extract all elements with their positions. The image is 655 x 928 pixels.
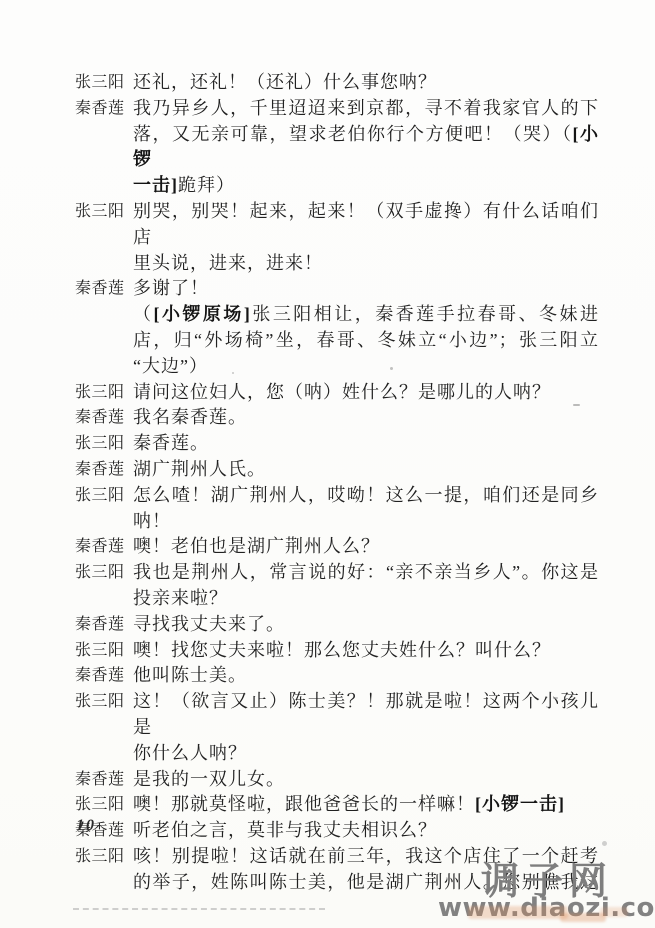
scan-speck bbox=[390, 367, 393, 370]
dialogue-text: 别哭，别哭！起来，起来！（双手虚搀）有什么话咱们店 bbox=[133, 201, 599, 247]
dialogue-lines: 我也是荆州人，常言说的好：“亲不亲当乡人”。你这是投亲来啦？ bbox=[133, 560, 599, 612]
dialogue-line: 是我的一双儿女。 bbox=[133, 767, 599, 793]
dialogue-line: 呐！ bbox=[133, 509, 599, 535]
script-body: 张三阳还礼，还礼！（还礼）什么事您呐？秦香莲我乃异乡人，千里迢迢来到京都，寻不着… bbox=[75, 70, 599, 896]
dialogue-line: 听老伯之言，莫非与我丈夫相识么？ bbox=[133, 818, 599, 844]
dialogue-text: 我乃异乡人，千里迢迢来到京都，寻不着我家官人的下 bbox=[133, 98, 599, 118]
page-number: 10 bbox=[76, 817, 96, 835]
dialogue-line: 你什么人呐？ bbox=[133, 741, 599, 767]
speaker-name: 秦香莲 bbox=[75, 457, 133, 483]
speaker-name: 张三阳 bbox=[75, 638, 133, 664]
percussion-notation: [小锣一击] bbox=[475, 794, 565, 814]
speaker-name: 张三阳 bbox=[75, 844, 133, 870]
dialogue-line: 这！（欲言又止）陈士美？！那就是啦！这两个小孩儿是 bbox=[133, 689, 599, 741]
dialogue-lines: 秦香莲。 bbox=[133, 431, 599, 457]
dialogue-text: 落，又无亲可靠，望求老伯你行个方便吧！（哭）（ bbox=[133, 124, 573, 144]
scanned-script-page: 张三阳还礼，还礼！（还礼）什么事您呐？秦香莲我乃异乡人，千里迢迢来到京都，寻不着… bbox=[0, 0, 655, 928]
dialogue-line: 请问这位妇人，您（呐）姓什么？是哪儿的人呐？ bbox=[133, 380, 599, 406]
dialogue-text: 噢！老伯也是湖广荆州人么？ bbox=[133, 536, 380, 556]
script-entry: 张三阳还礼，还礼！（还礼）什么事您呐？ bbox=[75, 70, 599, 96]
dialogue-line: 我也是荆州人，常言说的好：“亲不亲当乡人”。你这是 bbox=[133, 560, 599, 586]
script-entry: 张三阳这！（欲言又止）陈士美？！那就是啦！这两个小孩儿是你什么人呐？ bbox=[75, 689, 599, 766]
dialogue-lines: 请问这位妇人，您（呐）姓什么？是哪儿的人呐？ bbox=[133, 380, 599, 406]
dialogue-text: 怎么喳！湖广荆州人，哎呦！这么一提，咱们还是同乡 bbox=[133, 485, 599, 505]
dialogue-text: 投亲来啦？ bbox=[133, 588, 228, 608]
script-entry: 张三阳秦香莲。 bbox=[75, 431, 599, 457]
dialogue-text: 噢！找您丈夫来啦！那么您丈夫姓什么？叫什么？ bbox=[133, 640, 551, 660]
dialogue-lines: 我乃异乡人，千里迢迢来到京都，寻不着我家官人的下落，又无亲可靠，望求老伯你行个方… bbox=[133, 96, 599, 199]
dialogue-line: 还礼，还礼！（还礼）什么事您呐？ bbox=[133, 70, 599, 96]
dialogue-lines: 别哭，别哭！起来，起来！（双手虚搀）有什么话咱们店里头说，进来，进来！ bbox=[133, 199, 599, 276]
dialogue-text: 这！（欲言又止）陈士美？！那就是啦！这两个小孩儿是 bbox=[133, 691, 599, 737]
dialogue-lines: 这！（欲言又止）陈士美？！那就是啦！这两个小孩儿是你什么人呐？ bbox=[133, 689, 599, 766]
speaker-name: 秦香莲 bbox=[75, 767, 133, 793]
dialogue-line: 落，又无亲可靠，望求老伯你行个方便吧！（哭）（[小锣 bbox=[133, 122, 599, 174]
speaker-name: 张三阳 bbox=[75, 70, 133, 96]
dialogue-lines: 还礼，还礼！（还礼）什么事您呐？ bbox=[133, 70, 599, 96]
dialogue-lines: 他叫陈士美。 bbox=[133, 663, 599, 689]
script-entry: 秦香莲听老伯之言，莫非与我丈夫相识么？ bbox=[75, 818, 599, 844]
dialogue-lines: 噢！那就莫怪啦，跟他爸爸长的一样嘛！[小锣一击] bbox=[133, 792, 599, 818]
speaker-name: 秦香莲 bbox=[75, 276, 133, 302]
dialogue-lines: 多谢了！（[小锣原场]张三阳相让，秦香莲手拉春哥、冬妹进店，归“外场椅”坐，春哥… bbox=[133, 276, 599, 379]
dialogue-text: 店，归“外场椅”坐，春哥、冬妹立“小边”；张三阳立 bbox=[133, 330, 599, 350]
script-entry: 秦香莲湖广荆州人氏。 bbox=[75, 457, 599, 483]
script-entry: 秦香莲寻找我丈夫来了。 bbox=[75, 612, 599, 638]
speaker-name: 秦香莲 bbox=[75, 96, 133, 122]
script-entry: 秦香莲我乃异乡人，千里迢迢来到京都，寻不着我家官人的下落，又无亲可靠，望求老伯你… bbox=[75, 96, 599, 199]
script-entry: 张三阳怎么喳！湖广荆州人，哎呦！这么一提，咱们还是同乡呐！ bbox=[75, 483, 599, 535]
dialogue-text: 呐！ bbox=[133, 511, 171, 531]
dialogue-line: 怎么喳！湖广荆州人，哎呦！这么一提，咱们还是同乡 bbox=[133, 483, 599, 509]
dialogue-line: 湖广荆州人氏。 bbox=[133, 457, 599, 483]
dialogue-lines: 噢！老伯也是湖广荆州人么？ bbox=[133, 534, 599, 560]
scan-speck bbox=[573, 404, 580, 406]
scan-artifact-dashed-line bbox=[73, 908, 325, 910]
dialogue-text: 张三阳相让，秦香莲手拉春哥、冬妹进 bbox=[251, 304, 599, 324]
speaker-name: 张三阳 bbox=[75, 792, 133, 818]
scan-speck bbox=[232, 372, 234, 374]
dialogue-line: 里头说，进来，进来！ bbox=[133, 251, 599, 277]
dialogue-text: 你什么人呐？ bbox=[133, 743, 247, 763]
speaker-name: 张三阳 bbox=[75, 689, 133, 715]
dialogue-text: （ bbox=[133, 304, 153, 324]
dialogue-line: “大边”） bbox=[133, 354, 599, 380]
dialogue-lines: 湖广荆州人氏。 bbox=[133, 457, 599, 483]
script-entry: 秦香莲噢！老伯也是湖广荆州人么？ bbox=[75, 534, 599, 560]
scan-speck bbox=[602, 841, 607, 846]
script-entry: 秦香莲多谢了！（[小锣原场]张三阳相让，秦香莲手拉春哥、冬妹进店，归“外场椅”坐… bbox=[75, 276, 599, 379]
watermark-orange-smudge bbox=[600, 907, 628, 917]
dialogue-text: 请问这位妇人，您（呐）姓什么？是哪儿的人呐？ bbox=[133, 382, 551, 402]
script-entry: 张三阳别哭，别哭！起来，起来！（双手虚搀）有什么话咱们店里头说，进来，进来！ bbox=[75, 199, 599, 276]
speaker-name: 秦香莲 bbox=[75, 612, 133, 638]
dialogue-lines: 听老伯之言，莫非与我丈夫相识么？ bbox=[133, 818, 599, 844]
dialogue-line: 一击]跪拜） bbox=[133, 173, 599, 199]
dialogue-lines: 怎么喳！湖广荆州人，哎呦！这么一提，咱们还是同乡呐！ bbox=[133, 483, 599, 535]
script-entry: 秦香莲是我的一双儿女。 bbox=[75, 767, 599, 793]
speaker-name: 秦香莲 bbox=[75, 663, 133, 689]
speaker-name: 张三阳 bbox=[75, 431, 133, 457]
script-entry: 张三阳噢！那就莫怪啦，跟他爸爸长的一样嘛！[小锣一击] bbox=[75, 792, 599, 818]
dialogue-line: 别哭，别哭！起来，起来！（双手虚搀）有什么话咱们店 bbox=[133, 199, 599, 251]
speaker-name: 秦香莲 bbox=[75, 405, 133, 431]
dialogue-text: 跪拜） bbox=[178, 175, 235, 195]
speaker-name: 张三阳 bbox=[75, 560, 133, 586]
dialogue-line: 噢！那就莫怪啦，跟他爸爸长的一样嘛！[小锣一击] bbox=[133, 792, 599, 818]
script-entry: 张三阳请问这位妇人，您（呐）姓什么？是哪儿的人呐？ bbox=[75, 380, 599, 406]
speaker-name: 秦香莲 bbox=[75, 534, 133, 560]
dialogue-text: 湖广荆州人氏。 bbox=[133, 459, 266, 479]
dialogue-text: 多谢了！ bbox=[133, 278, 209, 298]
dialogue-line: 投亲来啦？ bbox=[133, 586, 599, 612]
dialogue-line: 噢！老伯也是湖广荆州人么？ bbox=[133, 534, 599, 560]
dialogue-text: 他叫陈士美。 bbox=[133, 665, 247, 685]
dialogue-text: 里头说，进来，进来！ bbox=[133, 253, 323, 273]
dialogue-line: 秦香莲。 bbox=[133, 431, 599, 457]
script-entry: 张三阳噢！找您丈夫来啦！那么您丈夫姓什么？叫什么？ bbox=[75, 638, 599, 664]
dialogue-text: 寻找我丈夫来了。 bbox=[133, 614, 285, 634]
dialogue-line: 我乃异乡人，千里迢迢来到京都，寻不着我家官人的下 bbox=[133, 96, 599, 122]
dialogue-line: 店，归“外场椅”坐，春哥、冬妹立“小边”；张三阳立 bbox=[133, 328, 599, 354]
speaker-name: 张三阳 bbox=[75, 483, 133, 509]
speaker-name: 张三阳 bbox=[75, 380, 133, 406]
dialogue-text: “大边”） bbox=[133, 356, 208, 376]
dialogue-text: 我名秦香莲。 bbox=[133, 407, 247, 427]
dialogue-line: 多谢了！ bbox=[133, 276, 599, 302]
watermark-orange-smudge bbox=[468, 906, 568, 919]
dialogue-lines: 我名秦香莲。 bbox=[133, 405, 599, 431]
dialogue-line: 噢！找您丈夫来啦！那么您丈夫姓什么？叫什么？ bbox=[133, 638, 599, 664]
dialogue-text: 秦香莲。 bbox=[133, 433, 209, 453]
script-entry: 秦香莲我名秦香莲。 bbox=[75, 405, 599, 431]
speaker-name: 张三阳 bbox=[75, 199, 133, 225]
scan-speck bbox=[553, 697, 558, 699]
dialogue-text: 还礼，还礼！（还礼）什么事您呐？ bbox=[133, 72, 437, 92]
dialogue-text: 是我的一双儿女。 bbox=[133, 769, 285, 789]
dialogue-text: 我也是荆州人，常言说的好：“亲不亲当乡人”。你这是 bbox=[133, 562, 599, 582]
dialogue-lines: 寻找我丈夫来了。 bbox=[133, 612, 599, 638]
script-entry: 秦香莲他叫陈士美。 bbox=[75, 663, 599, 689]
dialogue-lines: 是我的一双儿女。 bbox=[133, 767, 599, 793]
dialogue-text: 听老伯之言，莫非与我丈夫相识么？ bbox=[133, 820, 437, 840]
dialogue-line: 他叫陈士美。 bbox=[133, 663, 599, 689]
dialogue-text: 噢！那就莫怪啦，跟他爸爸长的一样嘛！ bbox=[133, 794, 475, 814]
percussion-notation: [小锣原场] bbox=[153, 304, 250, 324]
dialogue-line: （[小锣原场]张三阳相让，秦香莲手拉春哥、冬妹进 bbox=[133, 302, 599, 328]
dialogue-lines: 噢！找您丈夫来啦！那么您丈夫姓什么？叫什么？ bbox=[133, 638, 599, 664]
dialogue-line: 寻找我丈夫来了。 bbox=[133, 612, 599, 638]
percussion-notation: 一击] bbox=[133, 175, 178, 195]
script-entry: 张三阳我也是荆州人，常言说的好：“亲不亲当乡人”。你这是投亲来啦？ bbox=[75, 560, 599, 612]
dialogue-line: 我名秦香莲。 bbox=[133, 405, 599, 431]
